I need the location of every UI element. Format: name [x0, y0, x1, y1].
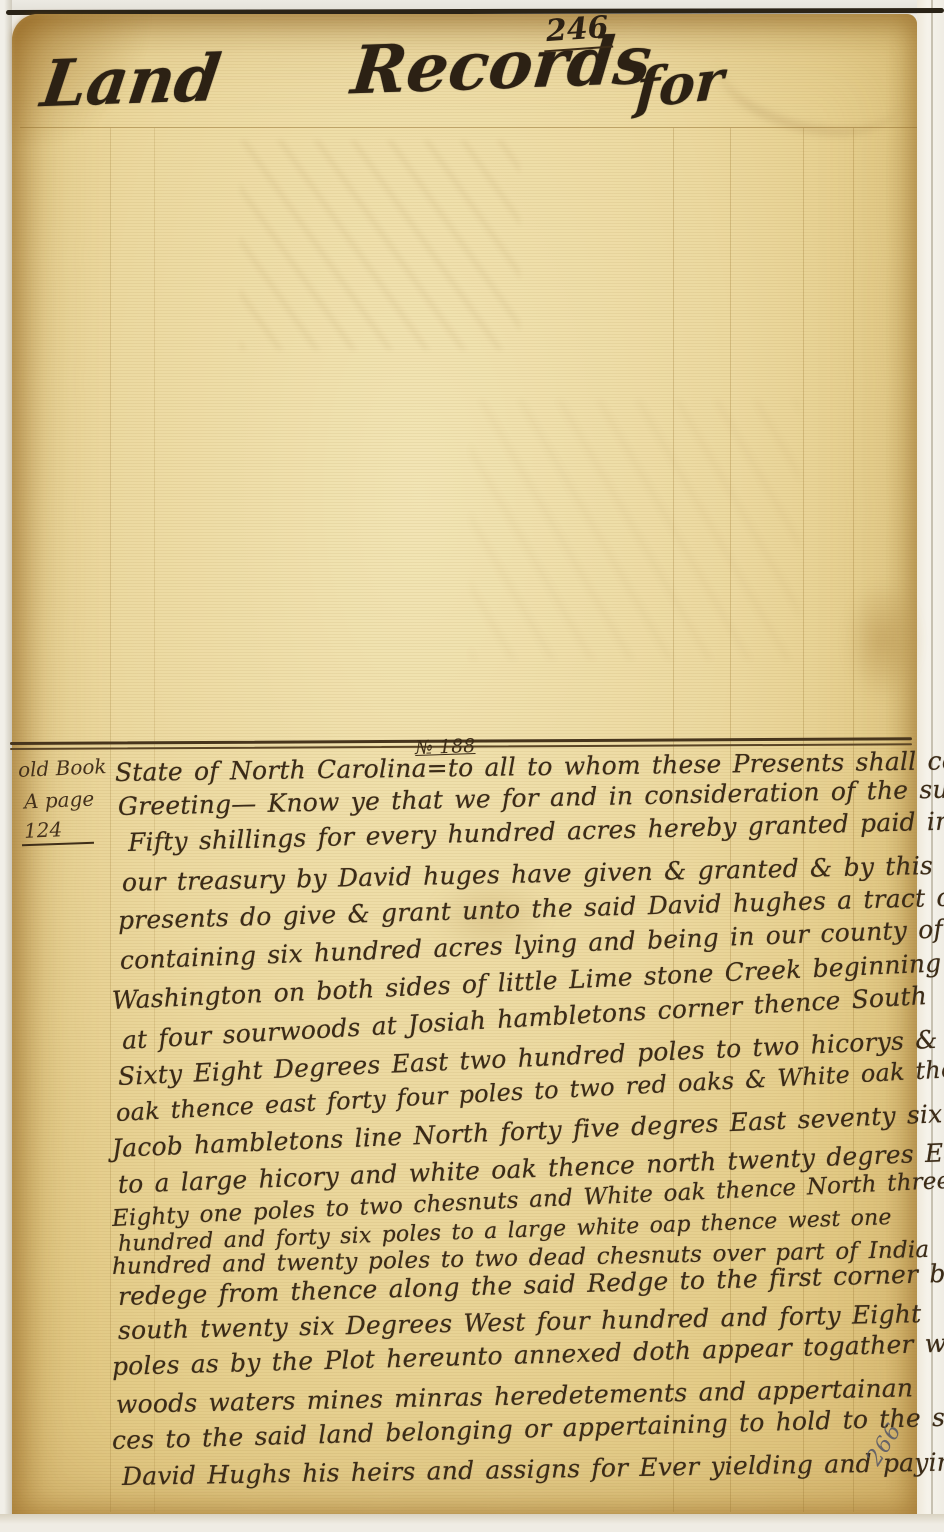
- page-number: 246: [542, 10, 613, 53]
- scan-left-edge: [0, 0, 12, 1532]
- margin-note-page-number: 124: [23, 817, 62, 843]
- ledger-column-rule: [110, 128, 111, 1512]
- scan-bottom-edge: [0, 1514, 944, 1532]
- header-word-land: Land: [37, 41, 225, 123]
- margin-note-a-page: A page: [24, 786, 95, 813]
- header-word-for: for: [634, 47, 726, 121]
- scanned-ledger-page: Land Records for 246 old Book A page 124…: [0, 0, 944, 1532]
- margin-note-old-book: old Book: [18, 754, 107, 782]
